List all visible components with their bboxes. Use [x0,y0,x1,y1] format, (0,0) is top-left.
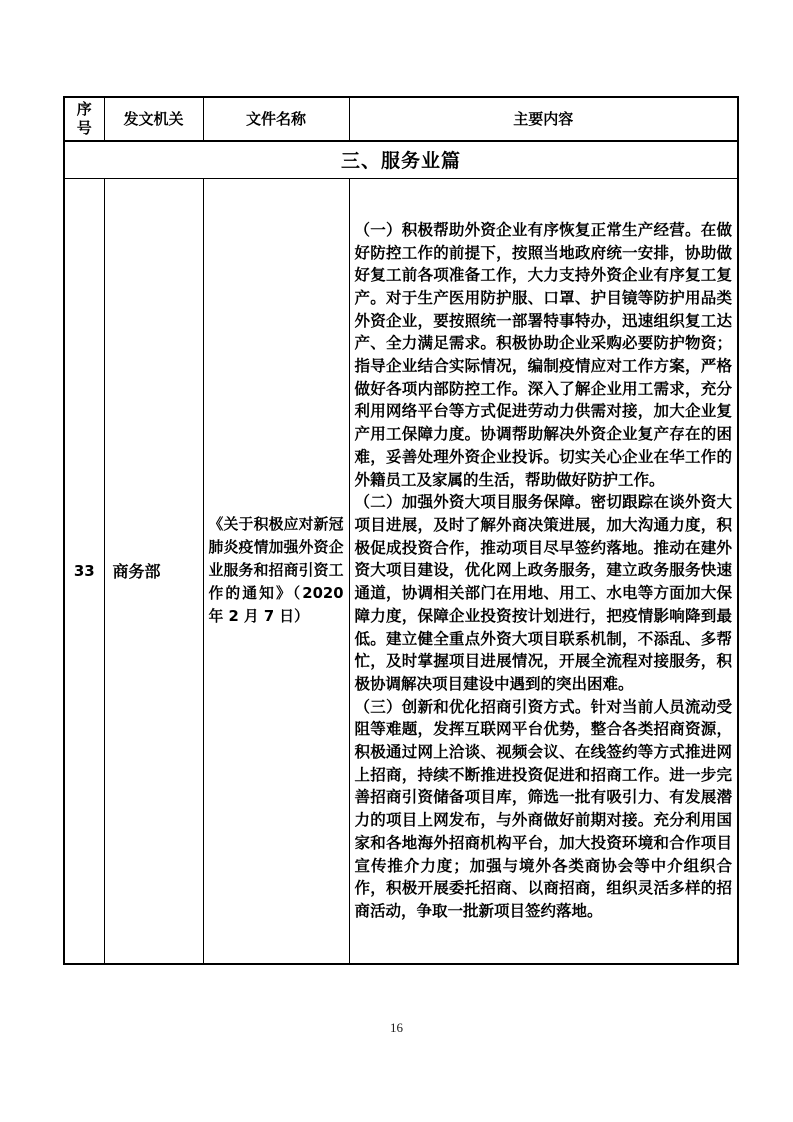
main-content-text: （一）积极帮助外资企业有序恢复正常生产经营。在做好防控工作的前提下，按照当地政府… [355,219,733,923]
table-header-row: 序号 发文机关 文件名称 主要内容 [64,97,738,141]
section-header-row: 三、服务业篇 [64,141,738,179]
header-col-doc: 文件名称 [203,97,349,141]
row-document-name: 《关于积极应对新冠肺炎疫情加强外资企业服务和招商引资工作的通知》（2020 年 … [203,179,349,964]
header-col-content: 主要内容 [349,97,738,141]
content-paragraph-2: （二）加强外资大项目服务保障。密切跟踪在谈外资大项目进展，及时了解外商决策进展，… [355,491,733,695]
section-title: 三、服务业篇 [64,141,738,179]
header-col-index-label: 序号 [76,100,93,138]
header-col-agency: 发文机关 [104,97,203,141]
row-index: 33 [64,179,104,964]
table-row: 33 商务部 《关于积极应对新冠肺炎疫情加强外资企业服务和招商引资工作的通知》（… [64,179,738,964]
document-page: 序号 发文机关 文件名称 主要内容 三、服务业篇 33 商务部 《关于积极应对新… [0,0,793,1122]
content-paragraph-3: （三）创新和优化招商引资方式。针对当前人员流动受阻等难题，发挥互联网平台优势，整… [355,696,733,923]
row-agency: 商务部 [104,179,203,964]
row-main-content: （一）积极帮助外资企业有序恢复正常生产经营。在做好防控工作的前提下，按照当地政府… [349,179,738,964]
page-number: 16 [0,1020,793,1036]
header-col-index: 序号 [64,97,104,141]
content-paragraph-1: （一）积极帮助外资企业有序恢复正常生产经营。在做好防控工作的前提下，按照当地政府… [355,219,733,491]
policy-document-table: 序号 发文机关 文件名称 主要内容 三、服务业篇 33 商务部 《关于积极应对新… [63,96,739,965]
